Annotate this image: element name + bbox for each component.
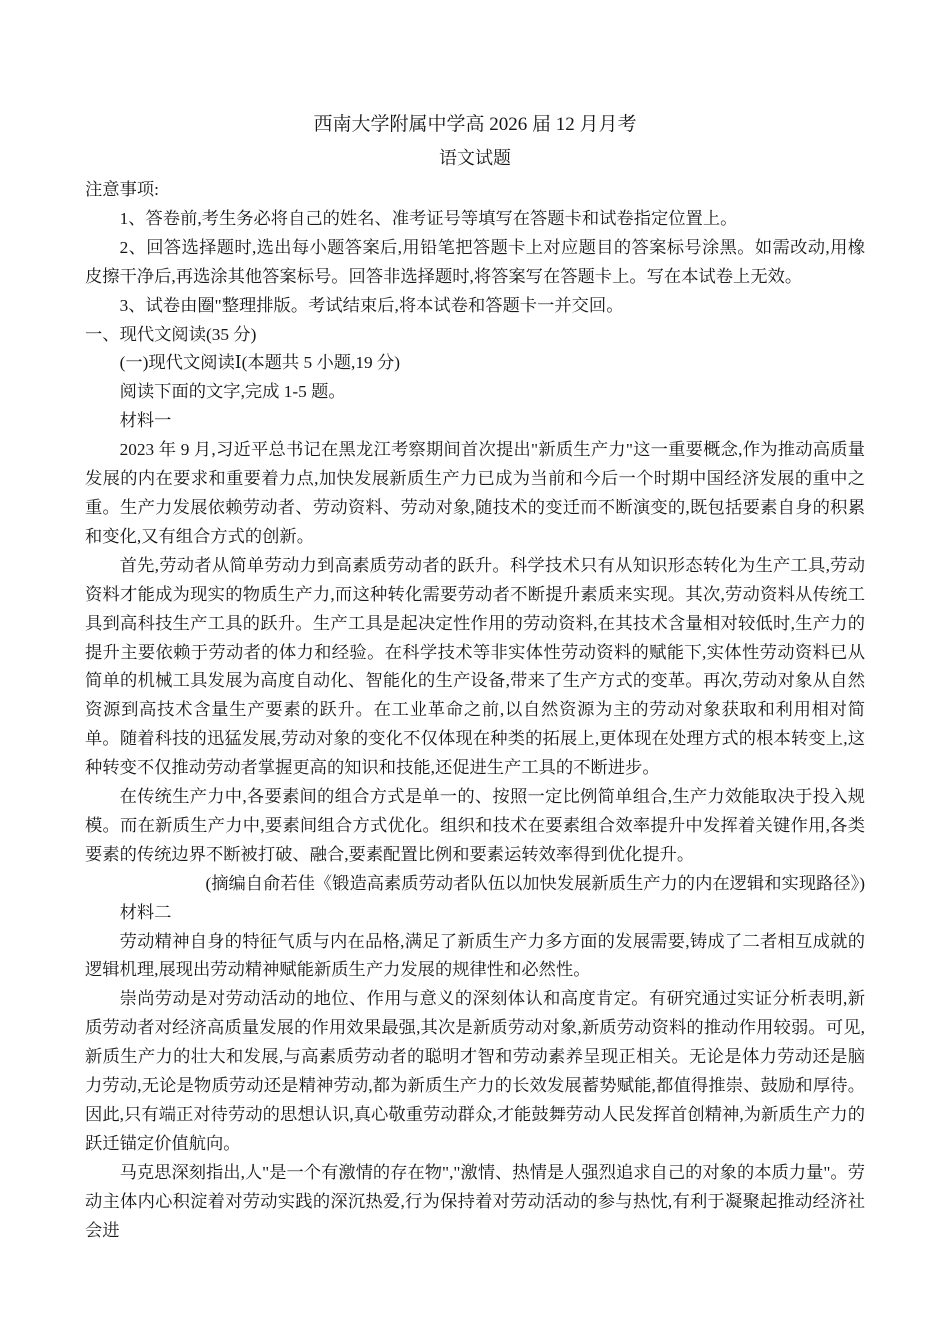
doc-subtitle: 语文试题 <box>85 143 865 173</box>
material-one-attribution: (摘编自俞若佳《锻造高素质劳动者队伍以加快发展新质生产力的内在逻辑和实现路径》) <box>85 870 865 899</box>
material-two-paragraph-1: 劳动精神自身的特征气质与内在品格,满足了新质生产力多方面的发展需要,铸成了二者相… <box>85 928 865 986</box>
doc-title: 西南大学附属中学高 2026 届 12 月月考 <box>85 110 865 140</box>
notice-item-3: 3、试卷由圈"整理排版。考试结束后,将本试卷和答题卡一并交回。 <box>85 292 865 321</box>
material-one-paragraph-3: 在传统生产力中,各要素间的组合方式是单一的、按照一定比例简单组合,生产力效能取决… <box>85 783 865 870</box>
notice-item-1: 1、答卷前,考生务必将自己的姓名、准考证号等填写在答题卡和试卷指定位置上。 <box>85 205 865 234</box>
material-one-paragraph-1: 2023 年 9 月,习近平总书记在黑龙江考察期间首次提出"新质生产力"这一重要… <box>85 436 865 552</box>
material-two-paragraph-2: 崇尚劳动是对劳动活动的地位、作用与意义的深刻体认和高度肯定。有研究通过实证分析表… <box>85 985 865 1158</box>
document-page: 西南大学附属中学高 2026 届 12 月月考 语文试题 注意事项: 1、答卷前… <box>0 0 950 1344</box>
material-one-paragraph-2: 首先,劳动者从简单劳动力到高素质劳动者的跃升。科学技术只有从知识形态转化为生产工… <box>85 552 865 783</box>
section-heading: 一、现代文阅读(35 分) <box>85 321 865 350</box>
reading-instruction: 阅读下面的文字,完成 1-5 题。 <box>85 378 865 407</box>
material-one-label: 材料一 <box>85 407 865 436</box>
notice-item-2: 2、回答选择题时,选出每小题答案后,用铅笔把答题卡上对应题目的答案标号涂黑。如需… <box>85 234 865 292</box>
subsection-heading: (一)现代文阅读Ⅰ(本题共 5 小题,19 分) <box>85 349 865 378</box>
material-two-paragraph-3: 马克思深刻指出,人"是一个有激情的存在物","激情、热情是人强烈追求自己的对象的… <box>85 1159 865 1246</box>
notice-heading: 注意事项: <box>85 176 865 205</box>
material-two-label: 材料二 <box>85 899 865 928</box>
